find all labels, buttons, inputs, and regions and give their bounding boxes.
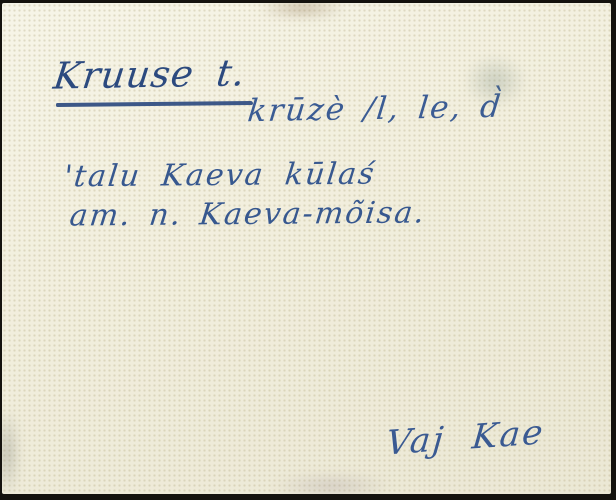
scanned-card-image: Kruuse t. krūzè /l, le, d̀ 'talu Kaeva k… [0,0,616,500]
card-title-handwriting: Kruuse t. [51,51,248,97]
title-underline-stroke [56,101,253,107]
description-line-1-handwriting: 'talu Kaeva kūlaś [62,157,378,195]
collector-notation-handwriting: Vaj Kae [385,413,547,464]
description-line-2-handwriting: am. n. Kaeva-mõisa. [68,195,428,233]
pronunciation-handwriting: krūzè /l, le, d̀ [246,89,504,129]
smudge-artifact [272,473,392,494]
index-card-paper: Kruuse t. krūzè /l, le, d̀ 'talu Kaeva k… [2,3,611,494]
smudge-artifact [2,408,20,494]
smudge-artifact [257,3,347,19]
